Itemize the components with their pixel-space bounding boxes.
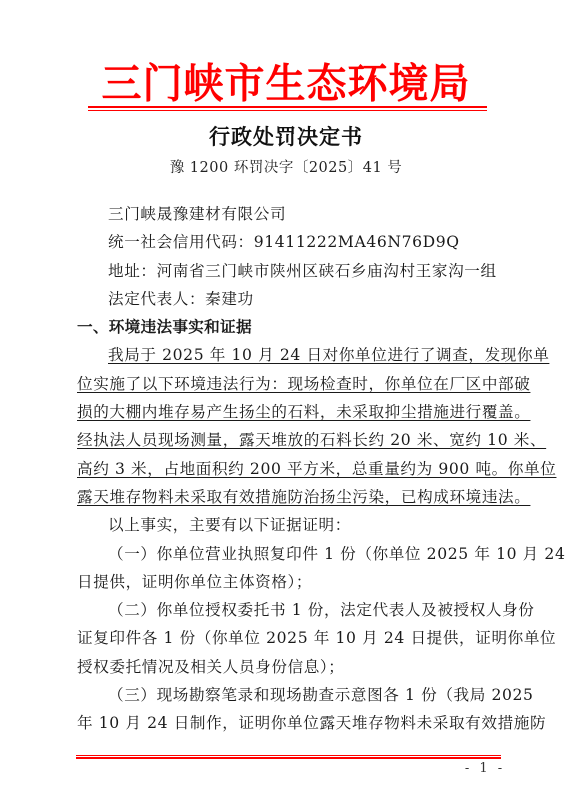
evidence-item-3: （三）现场勘察笔录和现场勘查示意图各 1 份（我局 2025 年 10 月 24… <box>77 681 504 738</box>
evidence-line: （一）你单位营业执照复印件 1 份（你单位 2025 年 10 月 24 <box>77 540 504 568</box>
facts-line: 损的大棚内堆存易产生扬尘的石料，未采取抑尘措施进行覆盖。 <box>77 403 530 421</box>
evidence-line: 授权委托情况及相关人员身份信息）； <box>77 653 504 681</box>
facts-paragraph: 我局于 2025 年 10 月 24 日对你单位进行了调查，发现你单 位实施了以… <box>77 341 504 511</box>
party-address: 地址：河南省三门峡市陕州区硖石乡庙沟村王家沟一组 <box>77 257 504 285</box>
evidence-line: （二）你单位授权委托书 1 份，法定代表人及被授权人身份 <box>77 596 504 624</box>
party-credit-code: 统一社会信用代码：91411222MA46N76D9Q <box>77 228 504 256</box>
evidence-item-1: （一）你单位营业执照复印件 1 份（你单位 2025 年 10 月 24 日提供… <box>77 540 504 597</box>
facts-line: 位实施了以下环境违法行为：现场检查时，你单位在厂区中部破 <box>77 375 530 393</box>
document-body: 三门峡晟豫建材有限公司 统一社会信用代码：91411222MA46N76D9Q … <box>77 200 504 738</box>
letterhead-organization: 三门峡市生态环境局 <box>0 62 572 107</box>
letterhead-rule-thin <box>88 110 487 111</box>
facts-line: 露天堆存物料未采取有效措施防治扬尘污染，已构成环境违法。 <box>77 488 530 506</box>
party-name: 三门峡晟豫建材有限公司 <box>77 200 504 228</box>
letterhead-rule-thick <box>88 106 487 108</box>
document-title: 行政处罚决定书 <box>0 124 572 150</box>
evidence-item-2: （二）你单位授权委托书 1 份，法定代表人及被授权人身份 证复印件各 1 份（你… <box>77 596 504 681</box>
facts-line: 我局于 2025 年 10 月 24 日对你单位进行了调查，发现你单 <box>108 346 549 364</box>
evidence-intro: 以上事实，主要有以下证据证明： <box>77 511 504 539</box>
footer-rule-thick <box>76 757 501 759</box>
document-number: 豫 1200 环罚决字〔2025〕41 号 <box>0 158 572 178</box>
evidence-line: （三）现场勘察笔录和现场勘查示意图各 1 份（我局 2025 <box>77 681 504 709</box>
footer-rule-thin <box>76 755 501 756</box>
evidence-line: 年 10 月 24 日制作，证明你单位露天堆存物料未采取有效措施防 <box>77 709 504 737</box>
evidence-line: 日提供，证明你单位主体资格）； <box>77 568 504 596</box>
page-number: - 1 - <box>450 760 520 778</box>
facts-line: 高约 3 米，占地面积约 200 平方米，总重量约为 900 吨。你单位 <box>77 460 556 478</box>
section-heading: 一、环境违法事实和证据 <box>77 313 504 341</box>
evidence-line: 证复印件各 1 份（你单位 2025 年 10 月 24 日提供，证明你单位 <box>77 624 504 652</box>
party-legal-rep: 法定代表人：秦建功 <box>77 285 504 313</box>
facts-line: 经执法人员现场测量，露天堆放的石料长约 20 米、宽约 10 米、 <box>77 431 546 449</box>
